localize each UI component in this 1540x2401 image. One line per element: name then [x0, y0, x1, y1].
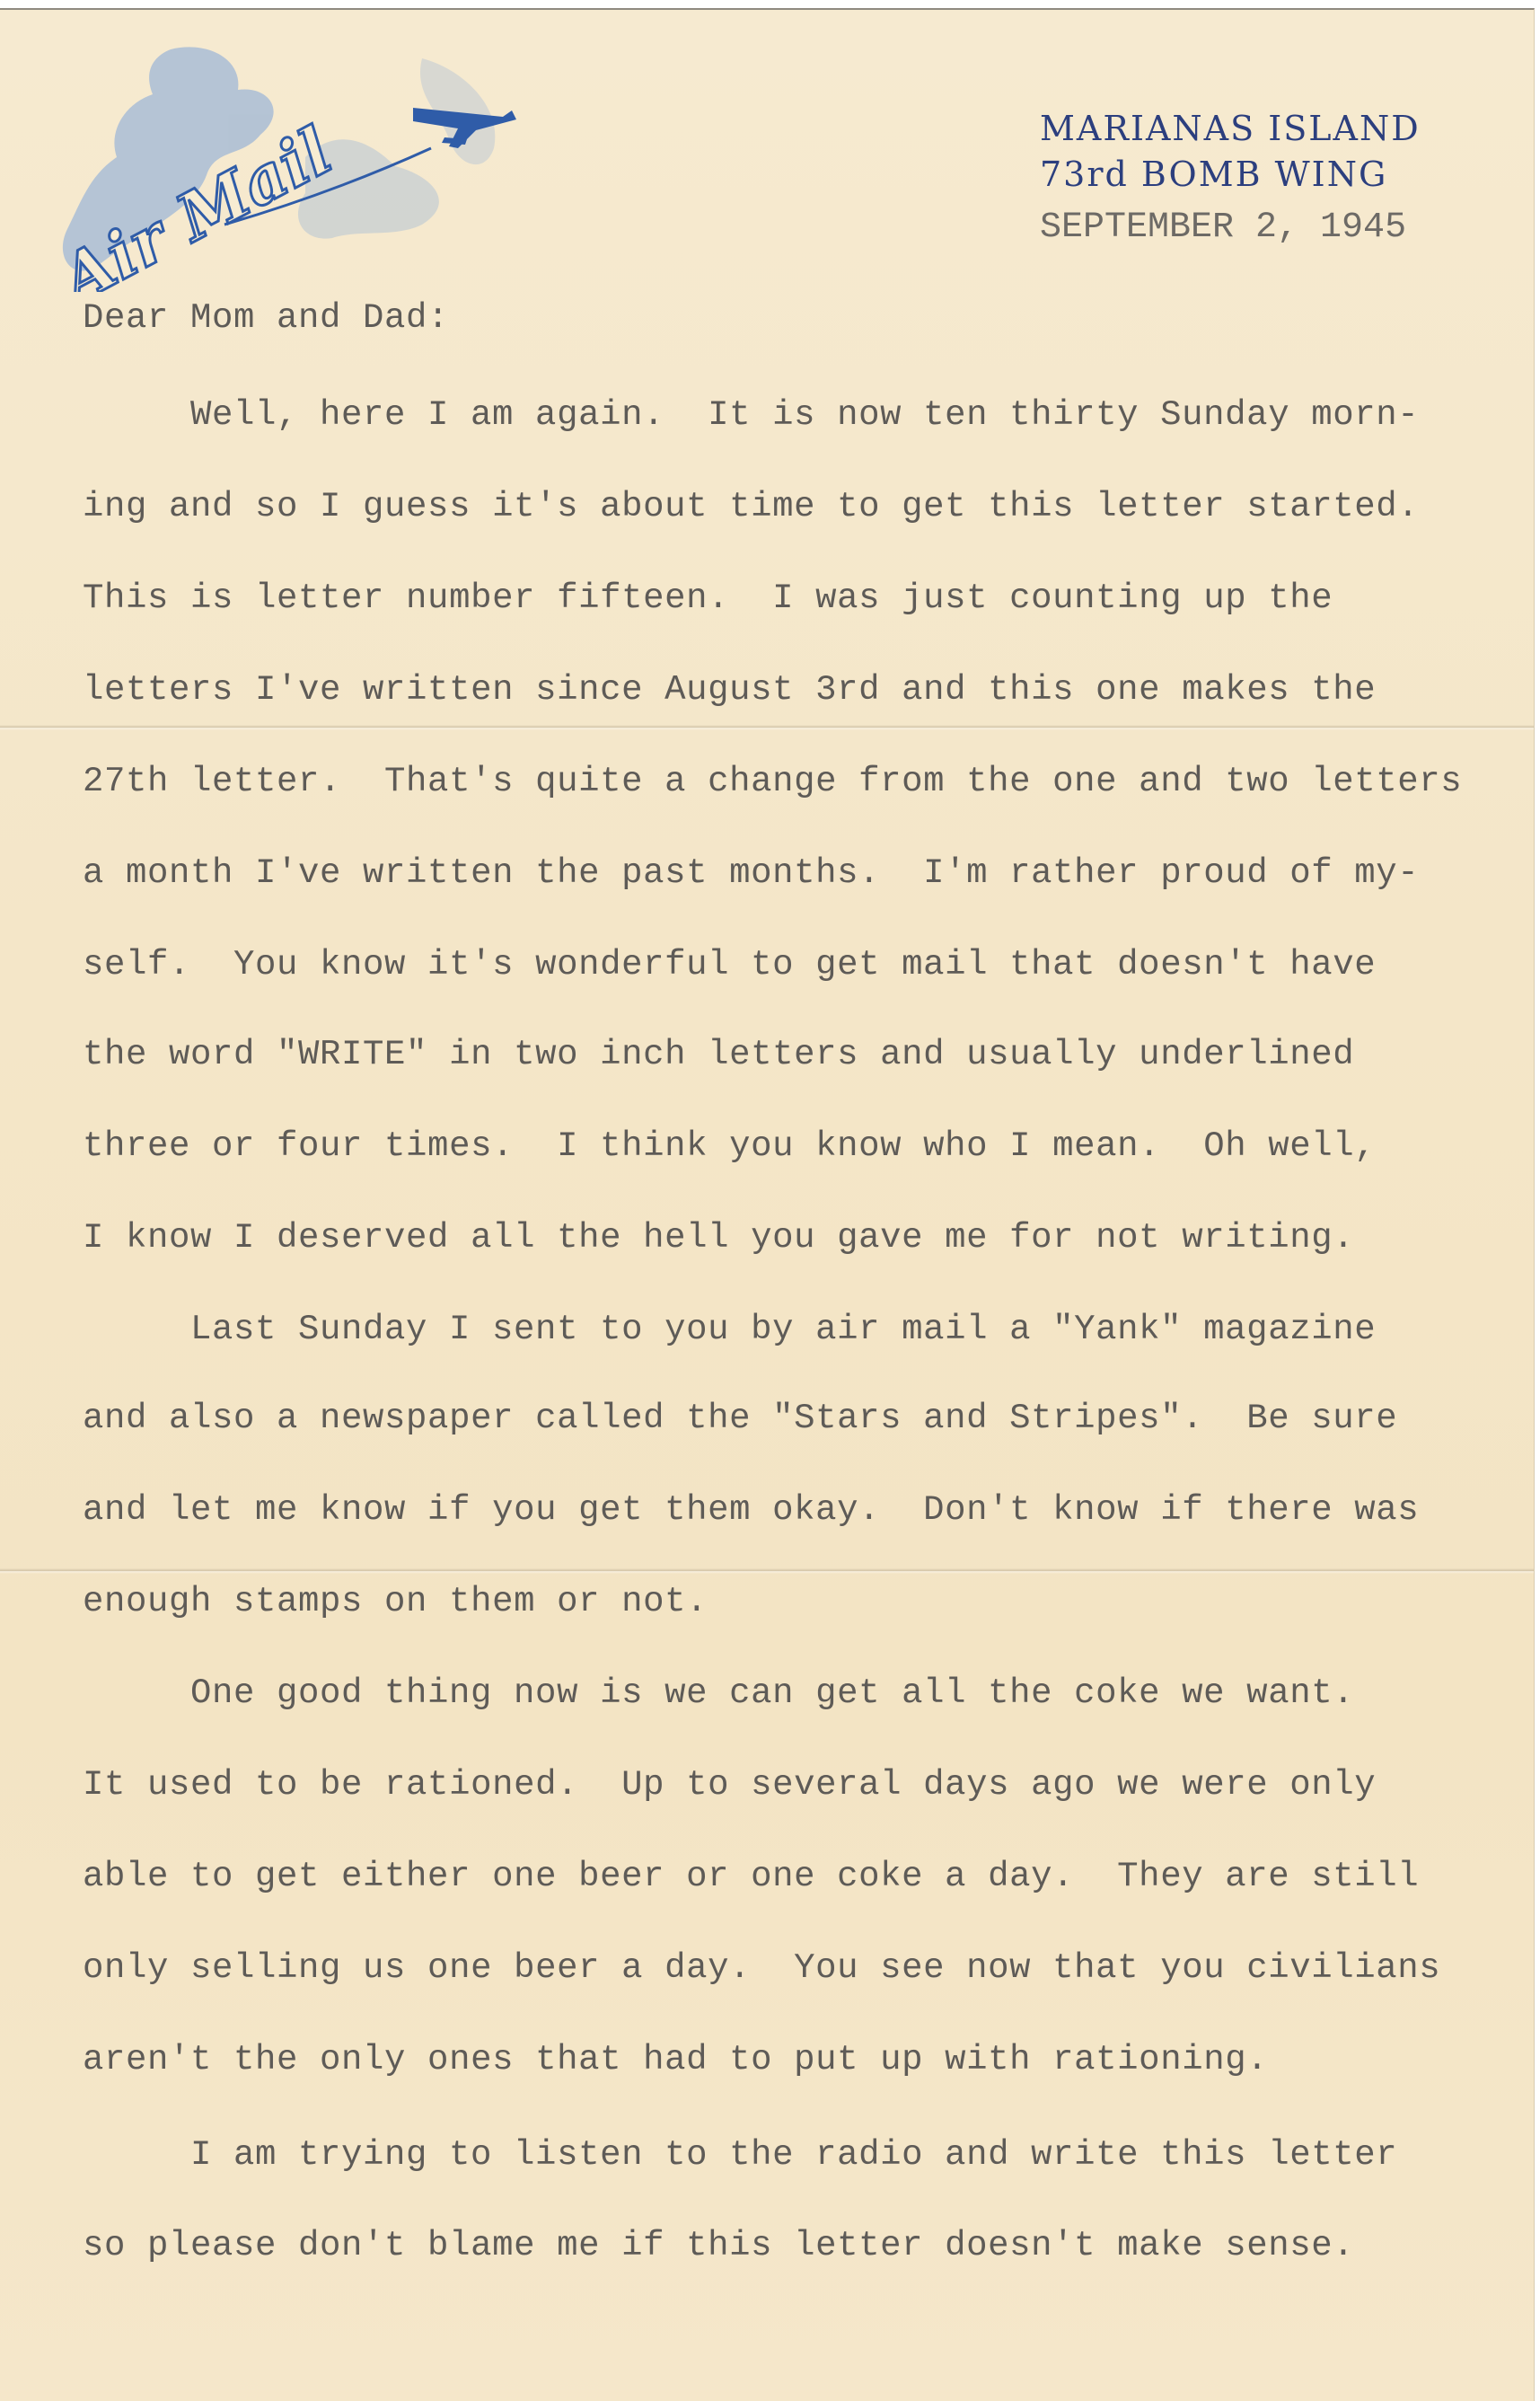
body-line: It used to be rationed. Up to several da…: [83, 1765, 1376, 1805]
body-line: One good thing now is we can get all the…: [190, 1673, 1354, 1713]
body-line: 27th letter. That's quite a change from …: [83, 762, 1462, 801]
body-line: and also a newspaper called the "Stars a…: [83, 1399, 1397, 1438]
body-line: only selling us one beer a day. You see …: [83, 1948, 1440, 1988]
letterhead-header: MARIANAS ISLAND 73rd BOMB WING SEPTEMBER…: [1040, 106, 1421, 251]
location-line: MARIANAS ISLAND: [1040, 106, 1421, 152]
body-line: self. You know it's wonderful to get mai…: [83, 945, 1376, 984]
fold-crease: [0, 1568, 1534, 1574]
body-line: the word "WRITE" in two inch letters and…: [83, 1035, 1354, 1074]
airplane-icon: [413, 108, 516, 148]
body-line: letters I've written since August 3rd an…: [83, 670, 1376, 710]
body-line: so please don't blame me if this letter …: [83, 2226, 1354, 2265]
body-line: Last Sunday I sent to you by air mail a …: [190, 1310, 1376, 1349]
body-line: enough stamps on them or not.: [83, 1582, 708, 1621]
body-line: and let me know if you get them okay. Do…: [83, 1490, 1419, 1530]
body-line: three or four times. I think you know wh…: [83, 1126, 1376, 1166]
date-line: SEPTEMBER 2, 1945: [1040, 205, 1421, 251]
unit-line: 73rd BOMB WING: [1040, 152, 1421, 198]
body-line: I know I deserved all the hell you gave …: [83, 1218, 1354, 1258]
body-line: aren't the only ones that had to put up …: [83, 2040, 1268, 2079]
body-line: a month I've written the past months. I'…: [83, 853, 1419, 893]
salutation: Dear Mom and Dad:: [83, 298, 449, 338]
airmail-logo: Air Mail: [36, 22, 593, 292]
fold-crease: [0, 725, 1534, 730]
body-line: ing and so I guess it's about time to ge…: [83, 487, 1419, 526]
body-line: This is letter number fifteen. I was jus…: [83, 578, 1333, 618]
body-line: Well, here I am again. It is now ten thi…: [190, 395, 1419, 435]
body-line: able to get either one beer or one coke …: [83, 1857, 1419, 1896]
body-line: I am trying to listen to the radio and w…: [190, 2135, 1397, 2175]
